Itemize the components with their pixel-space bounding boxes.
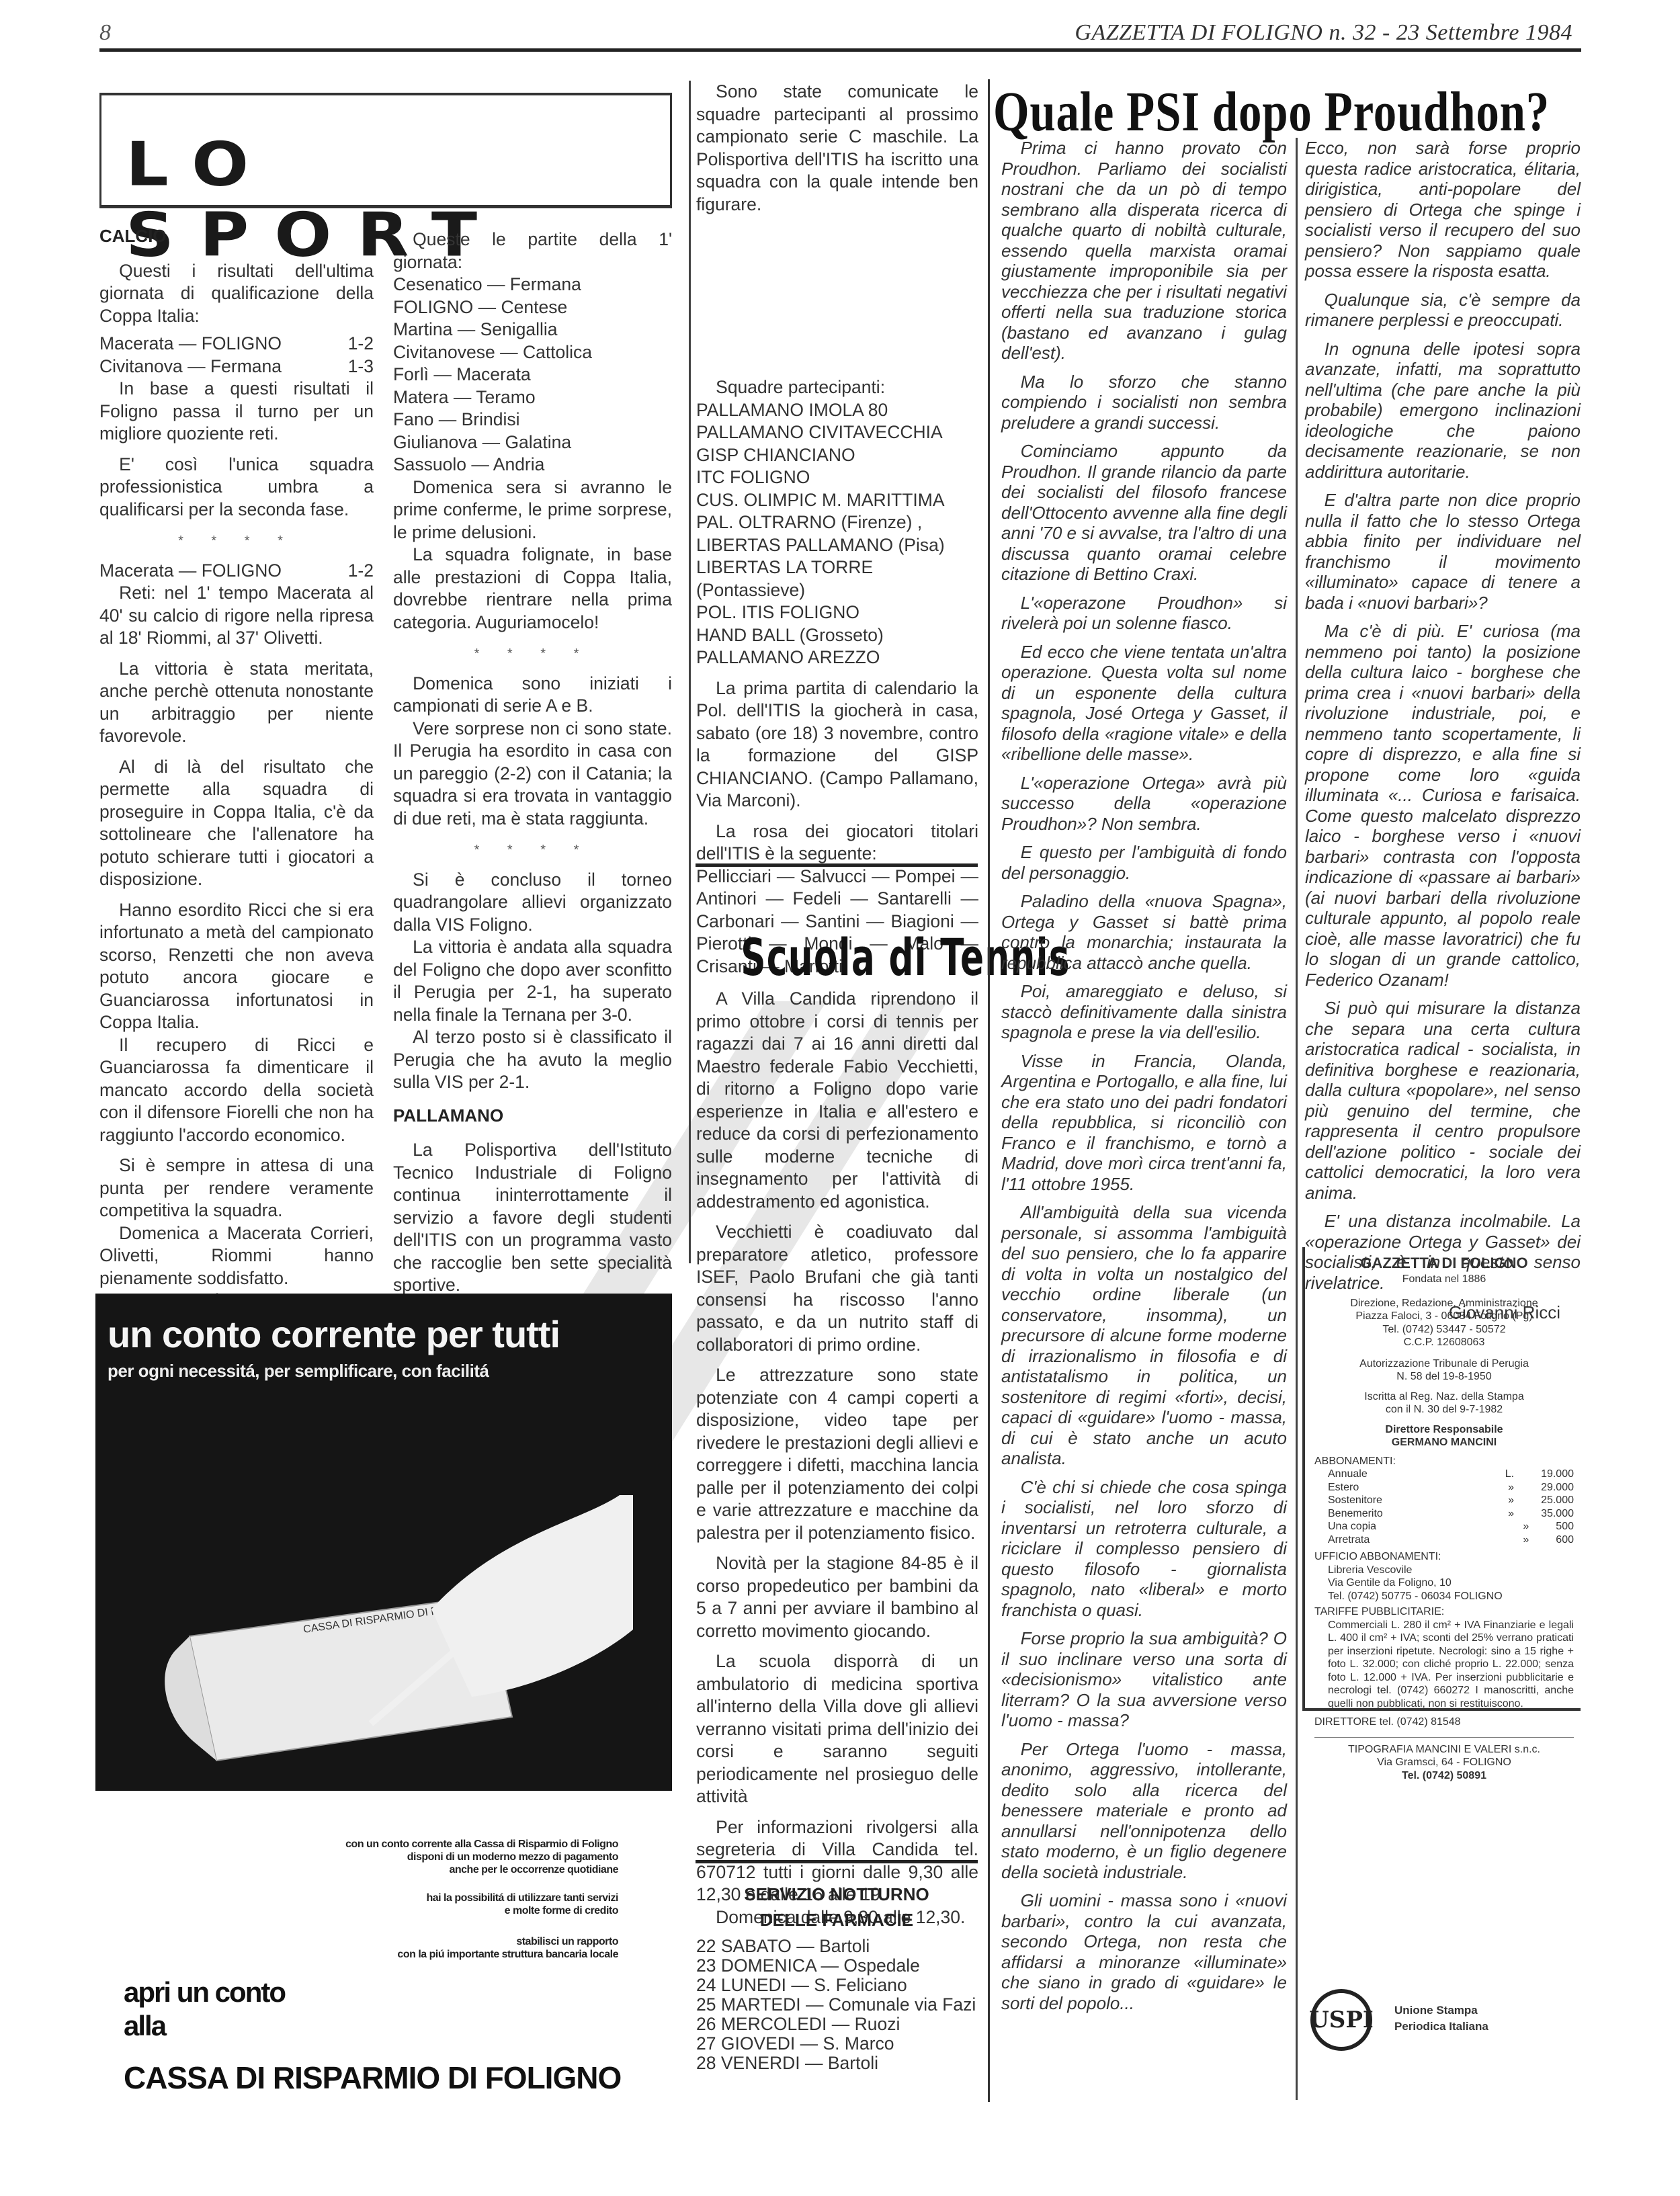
paragraph: La prima partita di calendario la Pol. d… xyxy=(696,677,978,812)
article-column-1: Prima ci hanno provato con Proudhon. Par… xyxy=(1001,138,1287,2013)
subscription-row: Estero»29.000 xyxy=(1314,1481,1574,1494)
printer-info: TIPOGRAFIA MANCINI E VALERI s.n.c.Via Gr… xyxy=(1314,1743,1574,1783)
paragraph: Il recupero di Ricci e Guanciarossa fa d… xyxy=(99,1034,374,1147)
uspi-logo-icon: USPI xyxy=(1310,1989,1372,2051)
director-phone: DIRETTORE tel. (0742) 81548 xyxy=(1314,1716,1574,1729)
ad-call-to-action: apri un contoalla xyxy=(124,1976,285,2043)
result-row: Civitanova — Fermana1-3 xyxy=(99,355,374,378)
subscription-row: Una copia»500 xyxy=(1314,1520,1574,1533)
paragraph: Reti: nel 1' tempo Macerata al 40' su ca… xyxy=(99,582,374,650)
pharmacy-title-line: DELLE FARMACIE xyxy=(696,1907,978,1933)
paragraph: Per Ortega l'uomo - massa, anonimo, aggr… xyxy=(1001,1739,1287,1883)
fixture: Matera — Teramo xyxy=(393,386,672,409)
ad-body: con un conto corrente alla Cassa di Risp… xyxy=(95,1791,672,2113)
pharmacy-entry: 27 GIOVEDI — S. Marco xyxy=(696,2034,978,2054)
fixture: Sassuolo — Andria xyxy=(393,454,672,476)
paragraph: Le attrezzature sono state potenziate co… xyxy=(696,1364,978,1544)
paragraph: Sono state comunicate le squadre parteci… xyxy=(696,81,978,216)
separator-stars: * * * * xyxy=(99,530,374,553)
column-divider xyxy=(689,81,691,1263)
calcio-heading: CALCIO xyxy=(99,225,374,248)
paragraph: Ma lo sforzo che stanno compiendo i soci… xyxy=(1001,372,1287,433)
header-rule xyxy=(99,48,1581,52)
paragraph: A Villa Candida riprendono il primo otto… xyxy=(696,988,978,1213)
masthead-address: Direzione, Redazione, AmministrazionePia… xyxy=(1314,1297,1574,1349)
team: ITC FOLIGNO xyxy=(696,466,978,489)
pharmacy-entry: 23 DOMENICA — Ospedale xyxy=(696,1956,978,1976)
paragraph: Prima ci hanno provato con Proudhon. Par… xyxy=(1001,138,1287,364)
section-rule xyxy=(696,1860,978,1863)
bank-advertisement: un conto corrente per tutti per ogni nec… xyxy=(95,1294,672,2113)
teams-label: Squadre partecipanti: xyxy=(696,376,978,399)
paragraph: Visse in Francia, Olanda, Argentina e Po… xyxy=(1001,1051,1287,1195)
paragraph: Si è sempre in attesa di una punta per r… xyxy=(99,1154,374,1222)
paragraph: La vittoria è andata alla squadra del Fo… xyxy=(393,936,672,1026)
paragraph: L'«operazone Proudhon» si rivelerà poi u… xyxy=(1001,593,1287,634)
page-number: 8 xyxy=(99,20,111,46)
masthead-divider xyxy=(1314,1737,1574,1738)
paragraph: Vecchietti è coadiuvato dal preparatore … xyxy=(696,1221,978,1356)
pharmacy-list: 22 SABATO — Bartoli 23 DOMENICA — Ospeda… xyxy=(696,1937,978,2073)
paragraph: Si può qui misurare la distanza che sepa… xyxy=(1305,998,1581,1203)
paragraph: All'ambiguità della sua vicenda personal… xyxy=(1001,1202,1287,1469)
subscriptions-label: ABBONAMENTI: xyxy=(1314,1455,1574,1468)
separator-stars: * * * * xyxy=(393,643,672,666)
paragraph: Domenica sono iniziati i campionati di s… xyxy=(393,673,672,718)
article-title: Quale PSI dopo Proudhon? xyxy=(993,79,1550,144)
paragraph: Hanno esordito Ricci che si era infortun… xyxy=(99,899,374,1034)
masthead-box: GAZZETTA DI FOLIGNO Fondata nel 1886 Dir… xyxy=(1302,1247,1581,1711)
publication-header: GAZZETTA DI FOLIGNO n. 32 - 23 Settembre… xyxy=(1075,20,1572,46)
section-rule xyxy=(696,863,978,867)
paragraph: La rosa dei giocatori titolari dell'ITIS… xyxy=(696,820,978,865)
paragraph: Al terzo posto si è classificato il Peru… xyxy=(393,1026,672,1094)
paragraph: Queste le partite della 1' giornata: xyxy=(393,228,672,273)
team: LIBERTAS PALLAMANO (Pisa) xyxy=(696,534,978,557)
team: GISP CHIANCIANO xyxy=(696,444,978,467)
pharmacy-entry: 28 VENERDI — Bartoli xyxy=(696,2054,978,2073)
rates-text: Commerciali L. 280 il cm² + IVA Finanzia… xyxy=(1314,1619,1574,1711)
office-address: Libreria VescovileVia Gentile da Foligno… xyxy=(1314,1564,1574,1603)
uspi-caption: Unione StampaPeriodica Italiana xyxy=(1394,2002,1488,2035)
masthead-authorization: Autorizzazione Tribunale di PerugiaN. 58… xyxy=(1314,1357,1574,1384)
tennis-title: Scuola di Tennis xyxy=(741,927,933,987)
paragraph: La squadra folignate, in base alle prest… xyxy=(393,544,672,634)
pharmacy-entry: 25 MARTEDI — Comunale via Fazi xyxy=(696,1995,978,2015)
teams-list: PALLAMANO IMOLA 80 PALLAMANO CIVITAVECCH… xyxy=(696,399,978,669)
masthead-name: GAZZETTA DI FOLIGNO xyxy=(1314,1254,1574,1273)
paragraph: Novità per la stagione 84-85 è il corso … xyxy=(696,1552,978,1642)
team: PAL. OLTRARNO (Firenze) , xyxy=(696,511,978,534)
ad-bank-name: CASSA DI RISPARMIO DI FOLIGNO xyxy=(124,2060,621,2096)
paragraph: C'è chi si chiede che cosa spinga i soci… xyxy=(1001,1477,1287,1621)
ad-photo: un conto corrente per tutti per ogni nec… xyxy=(95,1294,672,1791)
paragraph: Qualunque sia, c'è sempre da rimanere pe… xyxy=(1305,290,1581,331)
fixture: Civitanovese — Cattolica xyxy=(393,341,672,364)
pharmacy-title-line: SERVIZIO NOTTURNO xyxy=(696,1882,978,1907)
masthead-founded: Fondata nel 1886 xyxy=(1314,1273,1574,1286)
paragraph: Al di là del risultato che permette alla… xyxy=(99,756,374,891)
team: PALLAMANO IMOLA 80 xyxy=(696,399,978,422)
pharmacy-entry: 22 SABATO — Bartoli xyxy=(696,1937,978,1956)
paragraph: Ecco, non sarà forse proprio questa radi… xyxy=(1305,138,1581,282)
subscriptions-table: AnnualeL.19.000 Estero»29.000 Sostenitor… xyxy=(1314,1468,1574,1546)
masthead-registry: Iscritta al Reg. Naz. della Stampacon il… xyxy=(1314,1390,1574,1417)
team: HAND BALL (Grosseto) xyxy=(696,624,978,647)
pallamano-heading: PALLAMANO xyxy=(393,1105,672,1128)
subscription-row: AnnualeL.19.000 xyxy=(1314,1468,1574,1481)
pharmacy-title: SERVIZIO NOTTURNO DELLE FARMACIE xyxy=(696,1882,978,1933)
ad-copy-block: stabilisci un rapportocon la piú importa… xyxy=(397,1935,618,1961)
paragraph: Domenica sera si avranno le prime confer… xyxy=(393,476,672,544)
paragraph: Gli uomini - massa sono i «nuovi barbari… xyxy=(1001,1890,1287,2013)
paragraph: Poi, amareggiato e deluso, si staccò def… xyxy=(1001,981,1287,1043)
paragraph: L'«operazione Ortega» avrà più successo … xyxy=(1001,773,1287,835)
article-column-2: Ecco, non sarà forse proprio questa radi… xyxy=(1305,138,1581,1323)
ad-headline: un conto corrente per tutti xyxy=(108,1312,560,1356)
fixture: Martina — Senigallia xyxy=(393,319,672,341)
paragraph: Cominciamo appunto da Proudhon. Il grand… xyxy=(1001,441,1287,585)
rates-label: TARIFFE PUBBLICITARIE: xyxy=(1314,1605,1574,1619)
paragraph: E d'altra parte non dice proprio nulla i… xyxy=(1305,490,1581,613)
sport-section-banner: LO SPORT xyxy=(99,93,672,208)
tennis-article: A Villa Candida riprendono il primo otto… xyxy=(696,988,978,1929)
paragraph: E questo per l'ambiguità di fondo del pe… xyxy=(1001,842,1287,883)
subscription-row: Sostenitore»25.000 xyxy=(1314,1494,1574,1507)
office-label: UFFICIO ABBONAMENTI: xyxy=(1314,1550,1574,1564)
paragraph: Vere sorprese non ci sono state. Il Peru… xyxy=(393,718,672,831)
paragraph: Paladino della «nuova Spagna», Ortega y … xyxy=(1001,891,1287,973)
pharmacy-entry: 26 MERCOLEDI — Ruozi xyxy=(696,2015,978,2034)
team: CUS. OLIMPIC M. MARITTIMA xyxy=(696,489,978,512)
paragraph: Si è concluso il torneo quadrangolare al… xyxy=(393,869,672,937)
paragraph: La Polisportiva dell'Istituto Tecnico In… xyxy=(393,1139,672,1297)
paragraph: Ma c'è di più. E' curiosa (ma nemmeno po… xyxy=(1305,621,1581,990)
subscription-row: Arretrata»600 xyxy=(1314,1533,1574,1547)
result-row: Macerata — FOLIGNO1-2 xyxy=(99,333,374,355)
masthead-director: Direttore ResponsabileGERMANO MANCINI xyxy=(1314,1423,1574,1449)
subscription-row: Benemerito»35.000 xyxy=(1314,1507,1574,1521)
pharmacy-entry: 24 LUNEDI — S. Feliciano xyxy=(696,1976,978,1995)
ad-copy-block: con un conto corrente alla Cassa di Risp… xyxy=(345,1838,618,1876)
pallamano-column: Sono state comunicate le squadre parteci… xyxy=(696,81,978,216)
paragraph: E' così l'unica squadra professionistica… xyxy=(99,454,374,521)
column-divider xyxy=(1296,138,1298,2100)
paragraph: Forse proprio la sua ambiguità? O il suo… xyxy=(1001,1628,1287,1731)
team: POL. ITIS FOLIGNO xyxy=(696,601,978,624)
team: PALLAMANO CIVITAVECCHIA xyxy=(696,421,978,444)
paragraph: Ed ecco che viene tentata un'altra opera… xyxy=(1001,642,1287,765)
calcio-intro: Questi i risultati dell'ultima giornata … xyxy=(99,260,374,328)
result-row: Macerata — FOLIGNO1-2 xyxy=(99,560,374,583)
paragraph: La scuola disporrà di un ambulatorio di … xyxy=(696,1650,978,1808)
fixture: Forlì — Macerata xyxy=(393,364,672,386)
fixture: FOLIGNO — Centese xyxy=(393,296,672,319)
paragraph: La vittoria è stata meritata, anche perc… xyxy=(99,658,374,748)
teams-block: Squadre partecipanti: PALLAMANO IMOLA 80… xyxy=(696,376,978,978)
fixture: Cesenatico — Fermana xyxy=(393,273,672,296)
ad-copy-block: hai la possibilitá di utilizzare tanti s… xyxy=(426,1892,618,1917)
team: LIBERTAS LA TORRE (Pontassieve) xyxy=(696,556,978,601)
ad-subhead: per ogni necessitá, per semplificare, co… xyxy=(108,1361,489,1382)
fixtures-list: Cesenatico — Fermana FOLIGNO — Centese M… xyxy=(393,273,672,476)
paragraph: In ognuna delle ipotesi sopra avanzate, … xyxy=(1305,339,1581,482)
fixture: Fano — Brindisi xyxy=(393,409,672,431)
column-divider xyxy=(988,79,990,2102)
cheque-hand-illustration: CASSA DI RISPARMIO DI FOLIGNO xyxy=(149,1495,633,1791)
paragraph: In base a questi risultati il Foligno pa… xyxy=(99,378,374,446)
paragraph: Domenica a Macerata Corrieri, Olivetti, … xyxy=(99,1222,374,1290)
fixture: Giulianova — Galatina xyxy=(393,431,672,454)
separator-stars: * * * * xyxy=(393,839,672,862)
team: PALLAMANO AREZZO xyxy=(696,646,978,669)
